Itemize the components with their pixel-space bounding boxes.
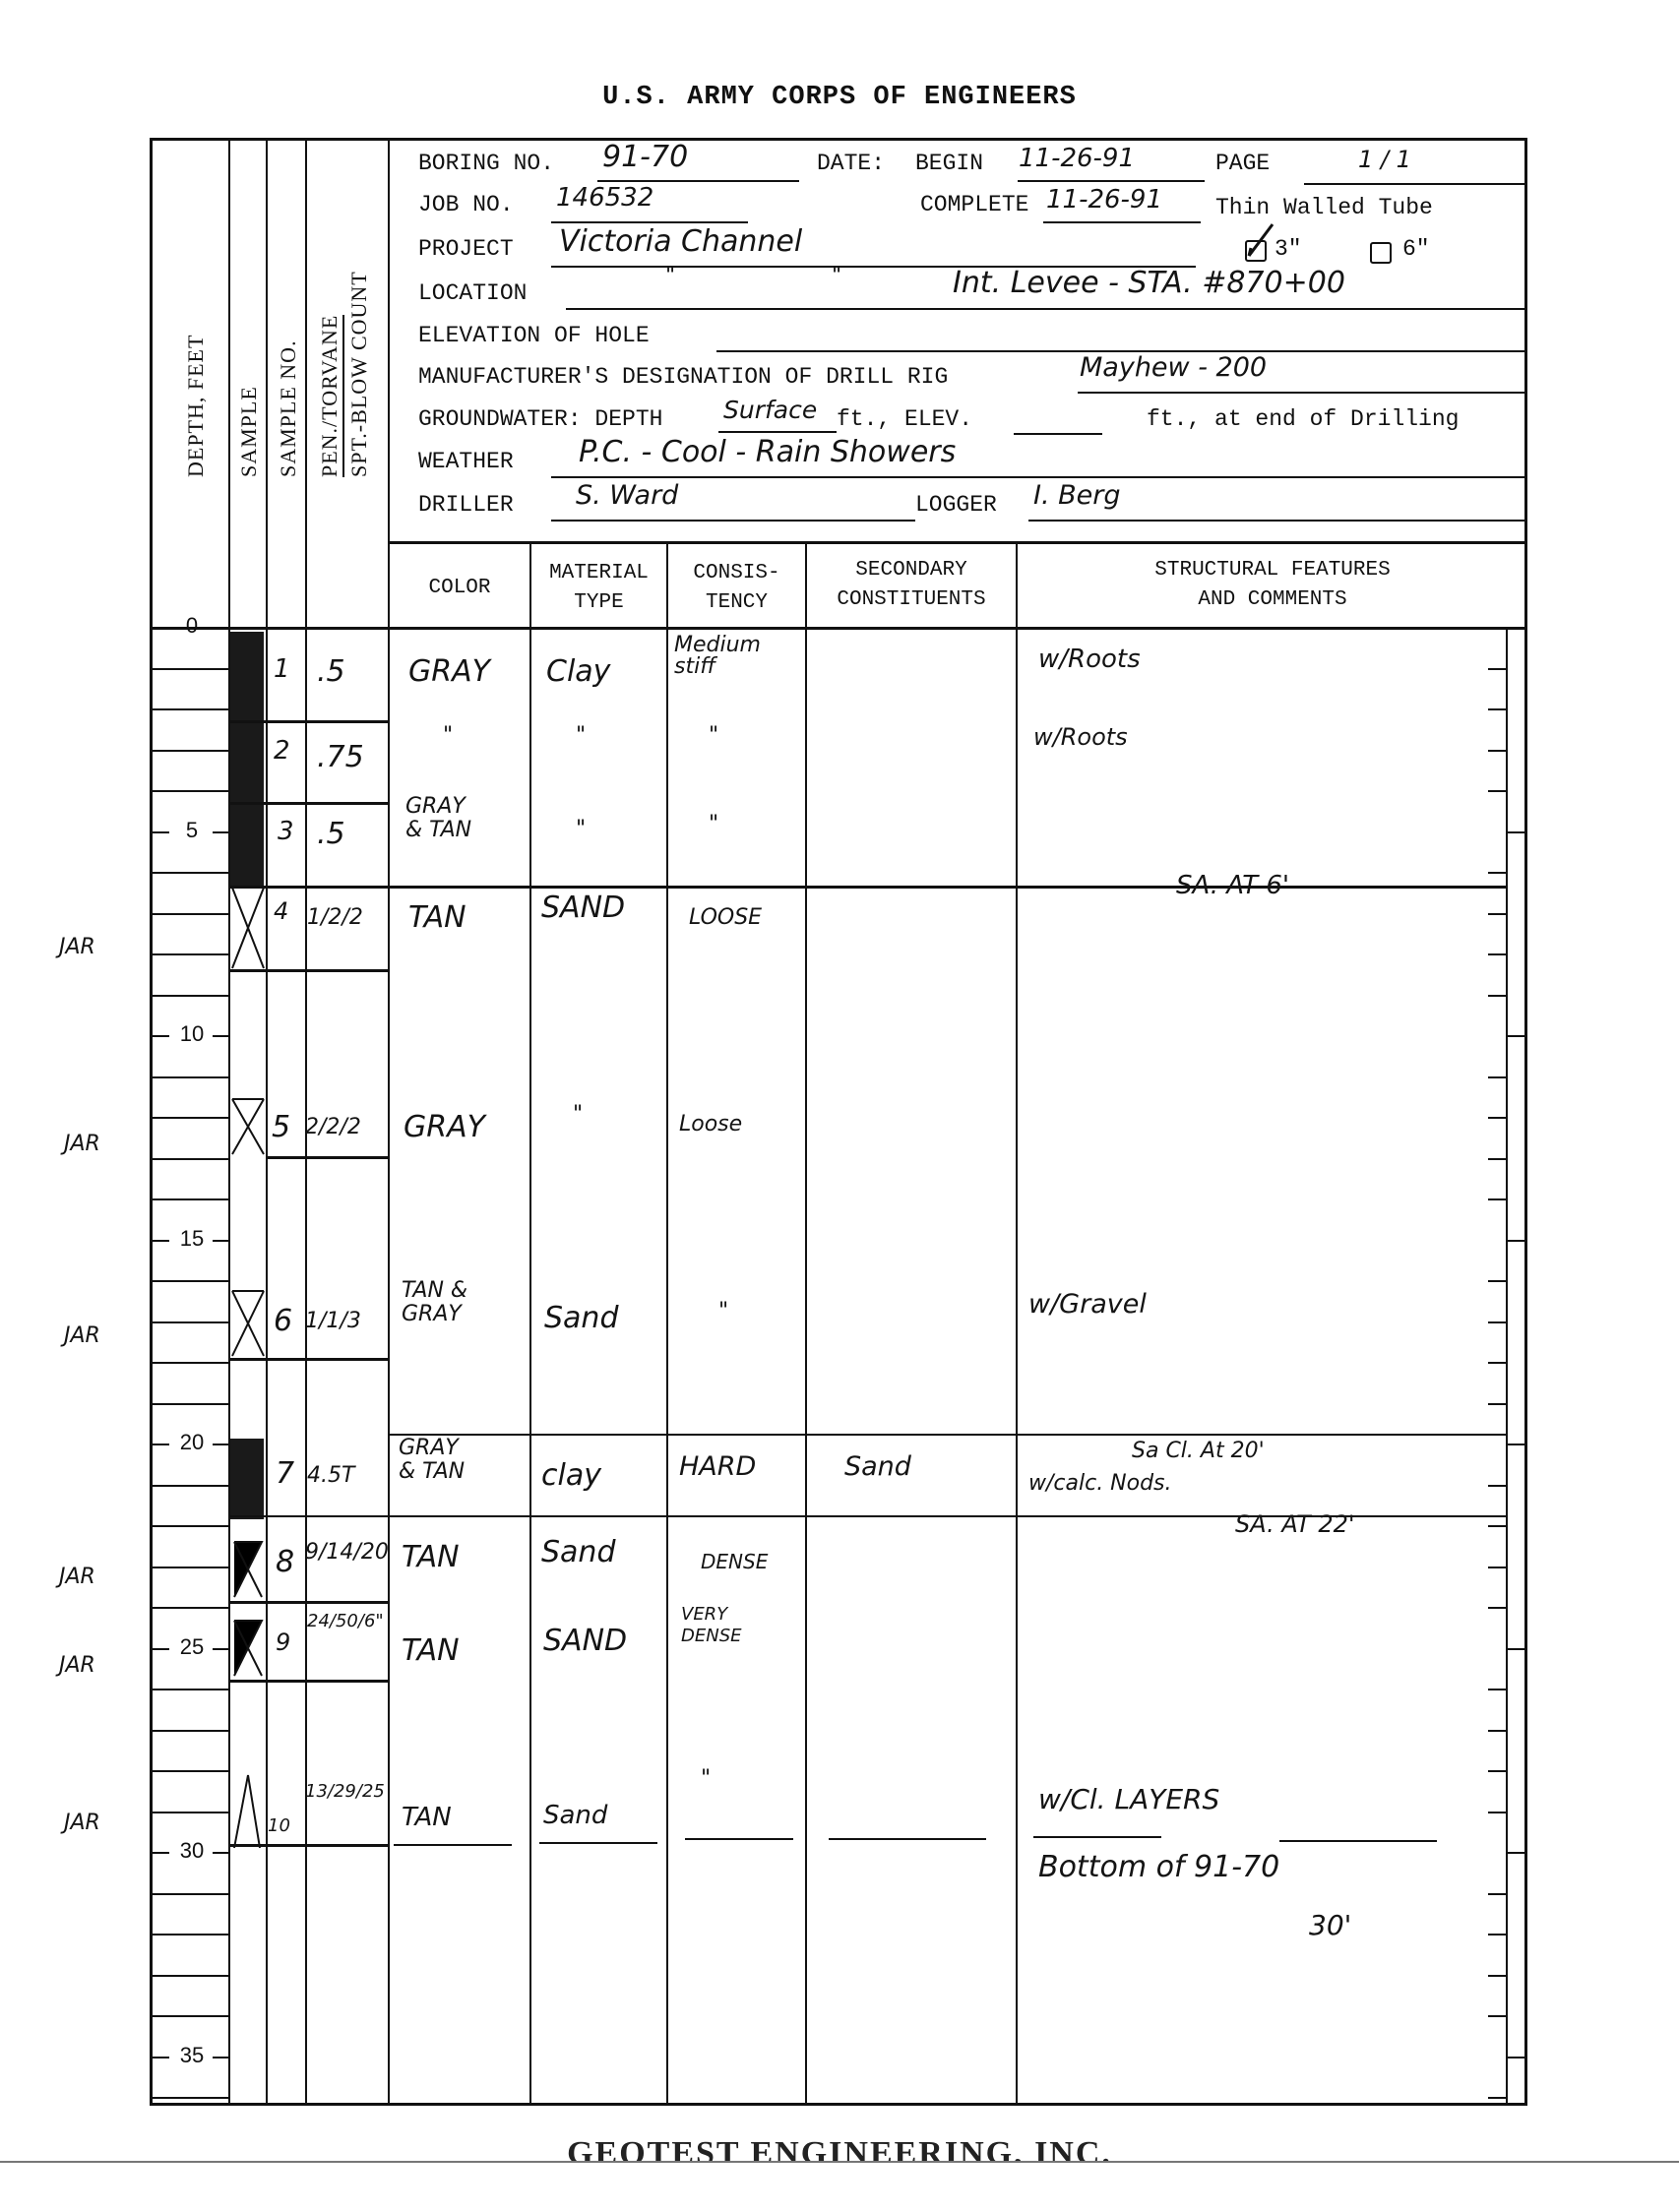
header-sample-no: SAMPLE NO. — [276, 339, 301, 477]
tube-3in-label: 3" — [1275, 236, 1302, 262]
sample-no-4: 4 — [274, 897, 288, 925]
side-note-jar: JAR — [59, 935, 95, 959]
pen-value-2: .75 — [317, 740, 364, 774]
depth-label: 25 — [172, 1634, 212, 1660]
depth-tick — [150, 1525, 228, 1527]
color-3: GRAY & TAN — [405, 795, 474, 842]
location-label: LOCATION — [418, 280, 527, 306]
weather-value: P.C. - Cool - Rain Showers — [579, 435, 956, 469]
header-material-line1: MATERIAL — [531, 559, 666, 588]
divider — [666, 541, 668, 2106]
ruler-tick — [1488, 1280, 1506, 1282]
ruler-tick — [1488, 1362, 1506, 1364]
pen-value-8: 9/14/20 — [305, 1540, 389, 1565]
sample-boundary — [228, 720, 388, 723]
header-sample: SAMPLE — [236, 386, 262, 477]
logger-label: LOGGER — [915, 492, 997, 518]
ruler-tick — [1488, 790, 1506, 792]
project-value: Victoria Channel — [559, 224, 802, 259]
spt-sample-marker-9 — [230, 1619, 266, 1678]
header-consistency: CONSIS- TENCY — [668, 559, 805, 618]
depth-tick — [150, 1730, 228, 1732]
spt-sample-marker-4 — [230, 886, 266, 970]
consistency-2: " — [709, 723, 718, 748]
tube-sample-marker-7 — [230, 1439, 264, 1519]
location-ditto: " — [832, 264, 841, 288]
material-1: Clay — [546, 654, 610, 689]
depth-tick — [150, 2097, 228, 2099]
depth-major-tick — [213, 1240, 228, 1242]
ruler-major-tick — [1506, 1444, 1527, 1445]
ruler-tick — [1488, 1158, 1506, 1160]
ruler-tick — [1488, 1689, 1506, 1690]
consistency-1: Medium stiff — [674, 635, 782, 678]
depth-label: 35 — [172, 2043, 212, 2068]
divider — [150, 627, 1527, 630]
field-underline — [1014, 433, 1102, 435]
field-underline — [566, 308, 1525, 310]
groundwater-label: GROUNDWATER: DEPTH — [418, 406, 662, 432]
ruler-tick — [1488, 1812, 1506, 1813]
depth-tick — [150, 1975, 228, 1977]
begin-date-value: 11-26-91 — [1019, 144, 1135, 173]
depth-tick — [150, 790, 228, 792]
check-mark-icon — [1245, 220, 1275, 260]
divider — [1506, 628, 1508, 2106]
header-secondary-line2: CONSTITUENTS — [807, 585, 1016, 615]
depth-tick — [150, 1321, 228, 1323]
job-no-label: JOB NO. — [418, 192, 514, 217]
comments-6: w/Gravel — [1028, 1289, 1147, 1320]
comments-4: SA. AT 6' — [1176, 871, 1289, 900]
page-value: 1 / 1 — [1358, 146, 1411, 173]
color-9: TAN — [402, 1633, 460, 1668]
comments-1: w/Roots — [1038, 645, 1141, 674]
consistency-9: VERY DENSE — [681, 1604, 789, 1647]
depth-major-tick — [213, 831, 228, 833]
material-10: Sand — [543, 1801, 607, 1830]
depth-major-tick — [213, 2057, 228, 2058]
sample-no-8: 8 — [276, 1545, 294, 1579]
material-8: Sand — [541, 1535, 615, 1569]
tube-6in-checkbox[interactable] — [1370, 242, 1392, 264]
depth-major-tick — [150, 1852, 169, 1854]
depth-tick — [150, 1076, 228, 1078]
drill-rig-value: Mayhew - 200 — [1080, 352, 1267, 383]
ruler-tick — [1488, 1934, 1506, 1935]
divider — [266, 138, 268, 2106]
ruler-tick — [1488, 953, 1506, 955]
project-label: PROJECT — [418, 236, 514, 262]
depth-major-tick — [213, 1852, 228, 1854]
pen-value-1: .5 — [317, 654, 345, 689]
color-8: TAN — [402, 1540, 460, 1574]
ruler-major-tick — [1506, 1852, 1527, 1854]
consistency-10: " — [701, 1766, 711, 1791]
header-consistency-line2: TENCY — [668, 588, 805, 618]
header-material-line2: TYPE — [531, 588, 666, 618]
ruler-major-tick — [1506, 1648, 1527, 1650]
depth-label: 30 — [172, 1838, 212, 1864]
consistency-8: DENSE — [701, 1550, 768, 1573]
date-label: DATE: — [817, 151, 885, 176]
sample-no-2: 2 — [274, 736, 290, 766]
depth-tick — [150, 2015, 228, 2017]
depth-major-tick — [150, 1035, 169, 1037]
material-7: clay — [541, 1458, 601, 1493]
depth-tick — [150, 1117, 228, 1119]
bottom-depth-note: 30' — [1309, 1909, 1351, 1941]
color-7: GRAY & TAN — [399, 1437, 467, 1484]
secondary-7: Sand — [844, 1451, 911, 1482]
header-spt-blow-count: SPT.-BLOW COUNT — [346, 271, 372, 477]
header-consistency-line1: CONSIS- — [668, 559, 805, 588]
sample-no-1: 1 — [274, 654, 290, 684]
tube-6in-label: 6" — [1402, 236, 1430, 262]
layer-boundary — [1279, 1840, 1437, 1842]
sample-no-9: 9 — [276, 1628, 290, 1656]
job-no-value: 146532 — [556, 183, 653, 213]
pen-value-7: 4.5T — [307, 1463, 354, 1488]
header-color: COLOR — [390, 574, 529, 603]
depth-major-tick — [150, 1240, 169, 1242]
header-secondary: SECONDARY CONSTITUENTS — [807, 556, 1016, 615]
ruler-tick — [1488, 1607, 1506, 1609]
sample-boundary — [228, 1680, 388, 1683]
begin-label: BEGIN — [915, 151, 983, 176]
layer-boundary — [1033, 1836, 1161, 1838]
header-structural-line2: AND COMMENTS — [1018, 585, 1527, 615]
drill-rig-label: MANUFACTURER'S DESIGNATION OF DRILL RIG — [418, 364, 948, 390]
material-3: " — [576, 817, 586, 841]
sample-no-6: 6 — [274, 1304, 292, 1338]
ruler-tick — [1488, 2097, 1506, 2099]
ruler-major-tick — [1506, 1035, 1527, 1037]
ruler-major-tick — [1506, 831, 1527, 833]
depth-major-tick — [150, 2057, 169, 2058]
ruler-major-tick — [1506, 2057, 1527, 2058]
consistency-6: " — [718, 1299, 728, 1323]
depth-major-tick — [213, 1035, 228, 1037]
ruler-tick — [1488, 1975, 1506, 1977]
layer-boundary — [685, 1838, 793, 1840]
depth-major-tick — [213, 1648, 228, 1650]
color-4: TAN — [408, 900, 466, 935]
complete-label: COMPLETE — [920, 192, 1028, 217]
color-10: TAN — [402, 1803, 452, 1832]
depth-major-tick — [150, 1648, 169, 1650]
header-structural: STRUCTURAL FEATURES AND COMMENTS — [1018, 556, 1527, 615]
depth-tick — [150, 1607, 228, 1609]
color-6: TAN & GRAY — [402, 1279, 470, 1326]
spt-sample-marker-5 — [230, 1097, 266, 1156]
depth-tick — [150, 1893, 228, 1895]
header-pen-torvane: PEN./TORVANE — [317, 315, 344, 477]
depth-label: 0 — [172, 613, 212, 639]
consistency-5: Loose — [679, 1112, 742, 1137]
sample-boundary — [266, 1156, 388, 1159]
field-underline — [597, 180, 799, 182]
groundwater-depth-value: Surface — [723, 396, 817, 424]
field-underline — [551, 221, 748, 223]
depth-tick — [150, 995, 228, 997]
pen-value-6: 1/1/3 — [305, 1309, 361, 1333]
note-above-7: Sa Cl. At 20' — [1132, 1439, 1265, 1463]
spt-sample-marker-8 — [230, 1540, 266, 1599]
layer-boundary — [388, 1434, 1506, 1436]
boring-no-label: BORING NO. — [418, 151, 554, 176]
depth-major-tick — [213, 1444, 228, 1445]
comments-10: w/Cl. LAYERS — [1038, 1783, 1219, 1815]
driller-label: DRILLER — [418, 492, 514, 518]
ruler-tick — [1488, 872, 1506, 874]
header-depth: DEPTH, FEET — [183, 335, 209, 477]
depth-tick — [150, 1403, 228, 1405]
header-structural-line1: STRUCTURAL FEATURES — [1018, 556, 1527, 585]
sample-no-10: 10 — [268, 1815, 290, 1836]
side-note-jar: JAR — [59, 1565, 95, 1589]
tube-3in-checkbox[interactable] — [1245, 240, 1267, 262]
depth-label: 10 — [172, 1021, 212, 1047]
thin-walled-tube-label: Thin Walled Tube — [1215, 195, 1433, 220]
depth-tick — [150, 1812, 228, 1813]
boring-no-value: 91-70 — [602, 140, 688, 174]
depth-tick — [150, 1362, 228, 1364]
comments-7: w/calc. Nods. — [1028, 1471, 1172, 1496]
depth-label: 5 — [172, 818, 212, 843]
ruler-tick — [1488, 995, 1506, 997]
tube-sample-marker-1-3 — [230, 632, 264, 886]
ruler-tick — [1488, 1403, 1506, 1405]
field-underline — [551, 520, 915, 522]
field-underline — [1043, 221, 1201, 223]
ruler-major-tick — [1506, 1240, 1527, 1242]
ruler-tick — [1488, 913, 1506, 915]
company-footer: GEOTEST ENGINEERING, INC. — [0, 2135, 1679, 2161]
depth-tick — [150, 1770, 228, 1772]
location-value: Int. Levee - STA. #870+00 — [953, 266, 1345, 300]
side-note-jar: JAR — [64, 1132, 100, 1156]
depth-tick — [150, 750, 228, 752]
ruler-tick — [1488, 668, 1506, 670]
material-2: " — [576, 723, 586, 748]
logger-value: I. Berg — [1033, 480, 1121, 511]
layer-boundary — [394, 1844, 512, 1846]
page-edge — [0, 2161, 1679, 2163]
ruler-tick — [1488, 2015, 1506, 2017]
consistency-7: HARD — [679, 1451, 756, 1482]
depth-tick — [150, 1280, 228, 1282]
material-4: SAND — [541, 891, 625, 925]
layer-boundary — [228, 886, 1508, 889]
side-note-jar: JAR — [59, 1653, 95, 1678]
divider — [388, 138, 390, 2106]
sample-boundary — [228, 802, 388, 805]
depth-tick — [150, 872, 228, 874]
ruler-tick — [1488, 1893, 1506, 1895]
color-5: GRAY — [404, 1110, 485, 1144]
header-secondary-line1: SECONDARY — [807, 556, 1016, 585]
ruler-tick — [1488, 1525, 1506, 1527]
pen-value-10: 13/29/25 — [305, 1781, 385, 1802]
driller-value: S. Ward — [576, 480, 678, 511]
sample-boundary — [228, 969, 388, 972]
ruler-tick — [1488, 1117, 1506, 1119]
depth-tick — [150, 1485, 228, 1487]
side-note-jar: JAR — [64, 1323, 100, 1348]
depth-label: 15 — [172, 1226, 212, 1252]
complete-date-value: 11-26-91 — [1046, 185, 1162, 215]
layer-boundary — [829, 1838, 986, 1840]
pen-value-9: 24/50/6" — [307, 1611, 384, 1631]
depth-tick — [150, 953, 228, 955]
divider — [805, 541, 807, 2106]
sample-boundary — [228, 1601, 388, 1604]
ruler-tick — [1488, 1730, 1506, 1732]
depth-tick — [150, 913, 228, 915]
groundwater-end-label: ft., at end of Drilling — [1147, 406, 1459, 432]
ruler-tick — [1488, 1770, 1506, 1772]
depth-tick — [150, 1158, 228, 1160]
bottom-of-boring-note: Bottom of 91-70 — [1038, 1850, 1279, 1884]
ruler-tick — [1488, 1076, 1506, 1078]
sample-no-5: 5 — [272, 1110, 290, 1144]
pen-value-4: 1/2/2 — [307, 905, 363, 930]
consistency-3: " — [709, 812, 718, 836]
sample-boundary — [228, 1844, 388, 1847]
field-underline — [551, 476, 1525, 478]
pen-value-5: 2/2/2 — [305, 1115, 361, 1139]
ruler-tick — [1488, 750, 1506, 752]
comments-2: w/Roots — [1033, 723, 1128, 751]
material-9: SAND — [543, 1624, 627, 1658]
comments-8: SA. AT 22' — [1235, 1510, 1354, 1538]
divider — [529, 541, 531, 2106]
ruler-tick — [1488, 1321, 1506, 1323]
material-5: " — [573, 1102, 583, 1127]
depth-tick — [150, 1198, 228, 1200]
color-2: " — [443, 723, 453, 748]
field-underline — [1078, 392, 1525, 394]
ruler-tick — [1488, 1567, 1506, 1568]
depth-tick — [150, 1689, 228, 1690]
depth-tick — [150, 708, 228, 710]
agency-title: U.S. ARMY CORPS OF ENGINEERS — [0, 83, 1679, 112]
depth-major-tick — [150, 831, 169, 833]
elevation-label: ELEVATION OF HOLE — [418, 323, 650, 348]
divider — [1016, 541, 1018, 2106]
field-underline — [1018, 180, 1205, 182]
side-note-jar: JAR — [64, 1811, 100, 1835]
ruler-tick — [1488, 708, 1506, 710]
divider — [388, 541, 1527, 544]
pen-value-3: .5 — [317, 817, 345, 851]
layer-boundary — [539, 1842, 657, 1844]
depth-tick — [150, 668, 228, 670]
sample-no-7: 7 — [276, 1456, 294, 1491]
depth-tick — [150, 1567, 228, 1568]
page-label: PAGE — [1215, 151, 1270, 176]
ruler-tick — [1488, 1198, 1506, 1200]
field-underline — [718, 431, 837, 433]
field-underline — [1304, 183, 1525, 185]
material-6: Sand — [544, 1301, 618, 1335]
field-underline — [1028, 520, 1525, 522]
spt-sample-marker-10 — [230, 1771, 266, 1850]
consistency-4: LOOSE — [689, 905, 762, 930]
color-1: GRAY — [408, 654, 490, 689]
sample-no-3: 3 — [278, 817, 294, 846]
depth-label: 20 — [172, 1430, 212, 1455]
weather-label: WEATHER — [418, 449, 514, 474]
ruler-tick — [1488, 1485, 1506, 1487]
sample-boundary — [228, 1358, 388, 1361]
groundwater-elev-label: ft., ELEV. — [837, 406, 972, 432]
location-ditto: " — [665, 264, 675, 288]
header-material: MATERIAL TYPE — [531, 559, 666, 618]
depth-major-tick — [150, 1444, 169, 1445]
spt-sample-marker-6 — [230, 1289, 266, 1358]
depth-tick — [150, 1934, 228, 1935]
